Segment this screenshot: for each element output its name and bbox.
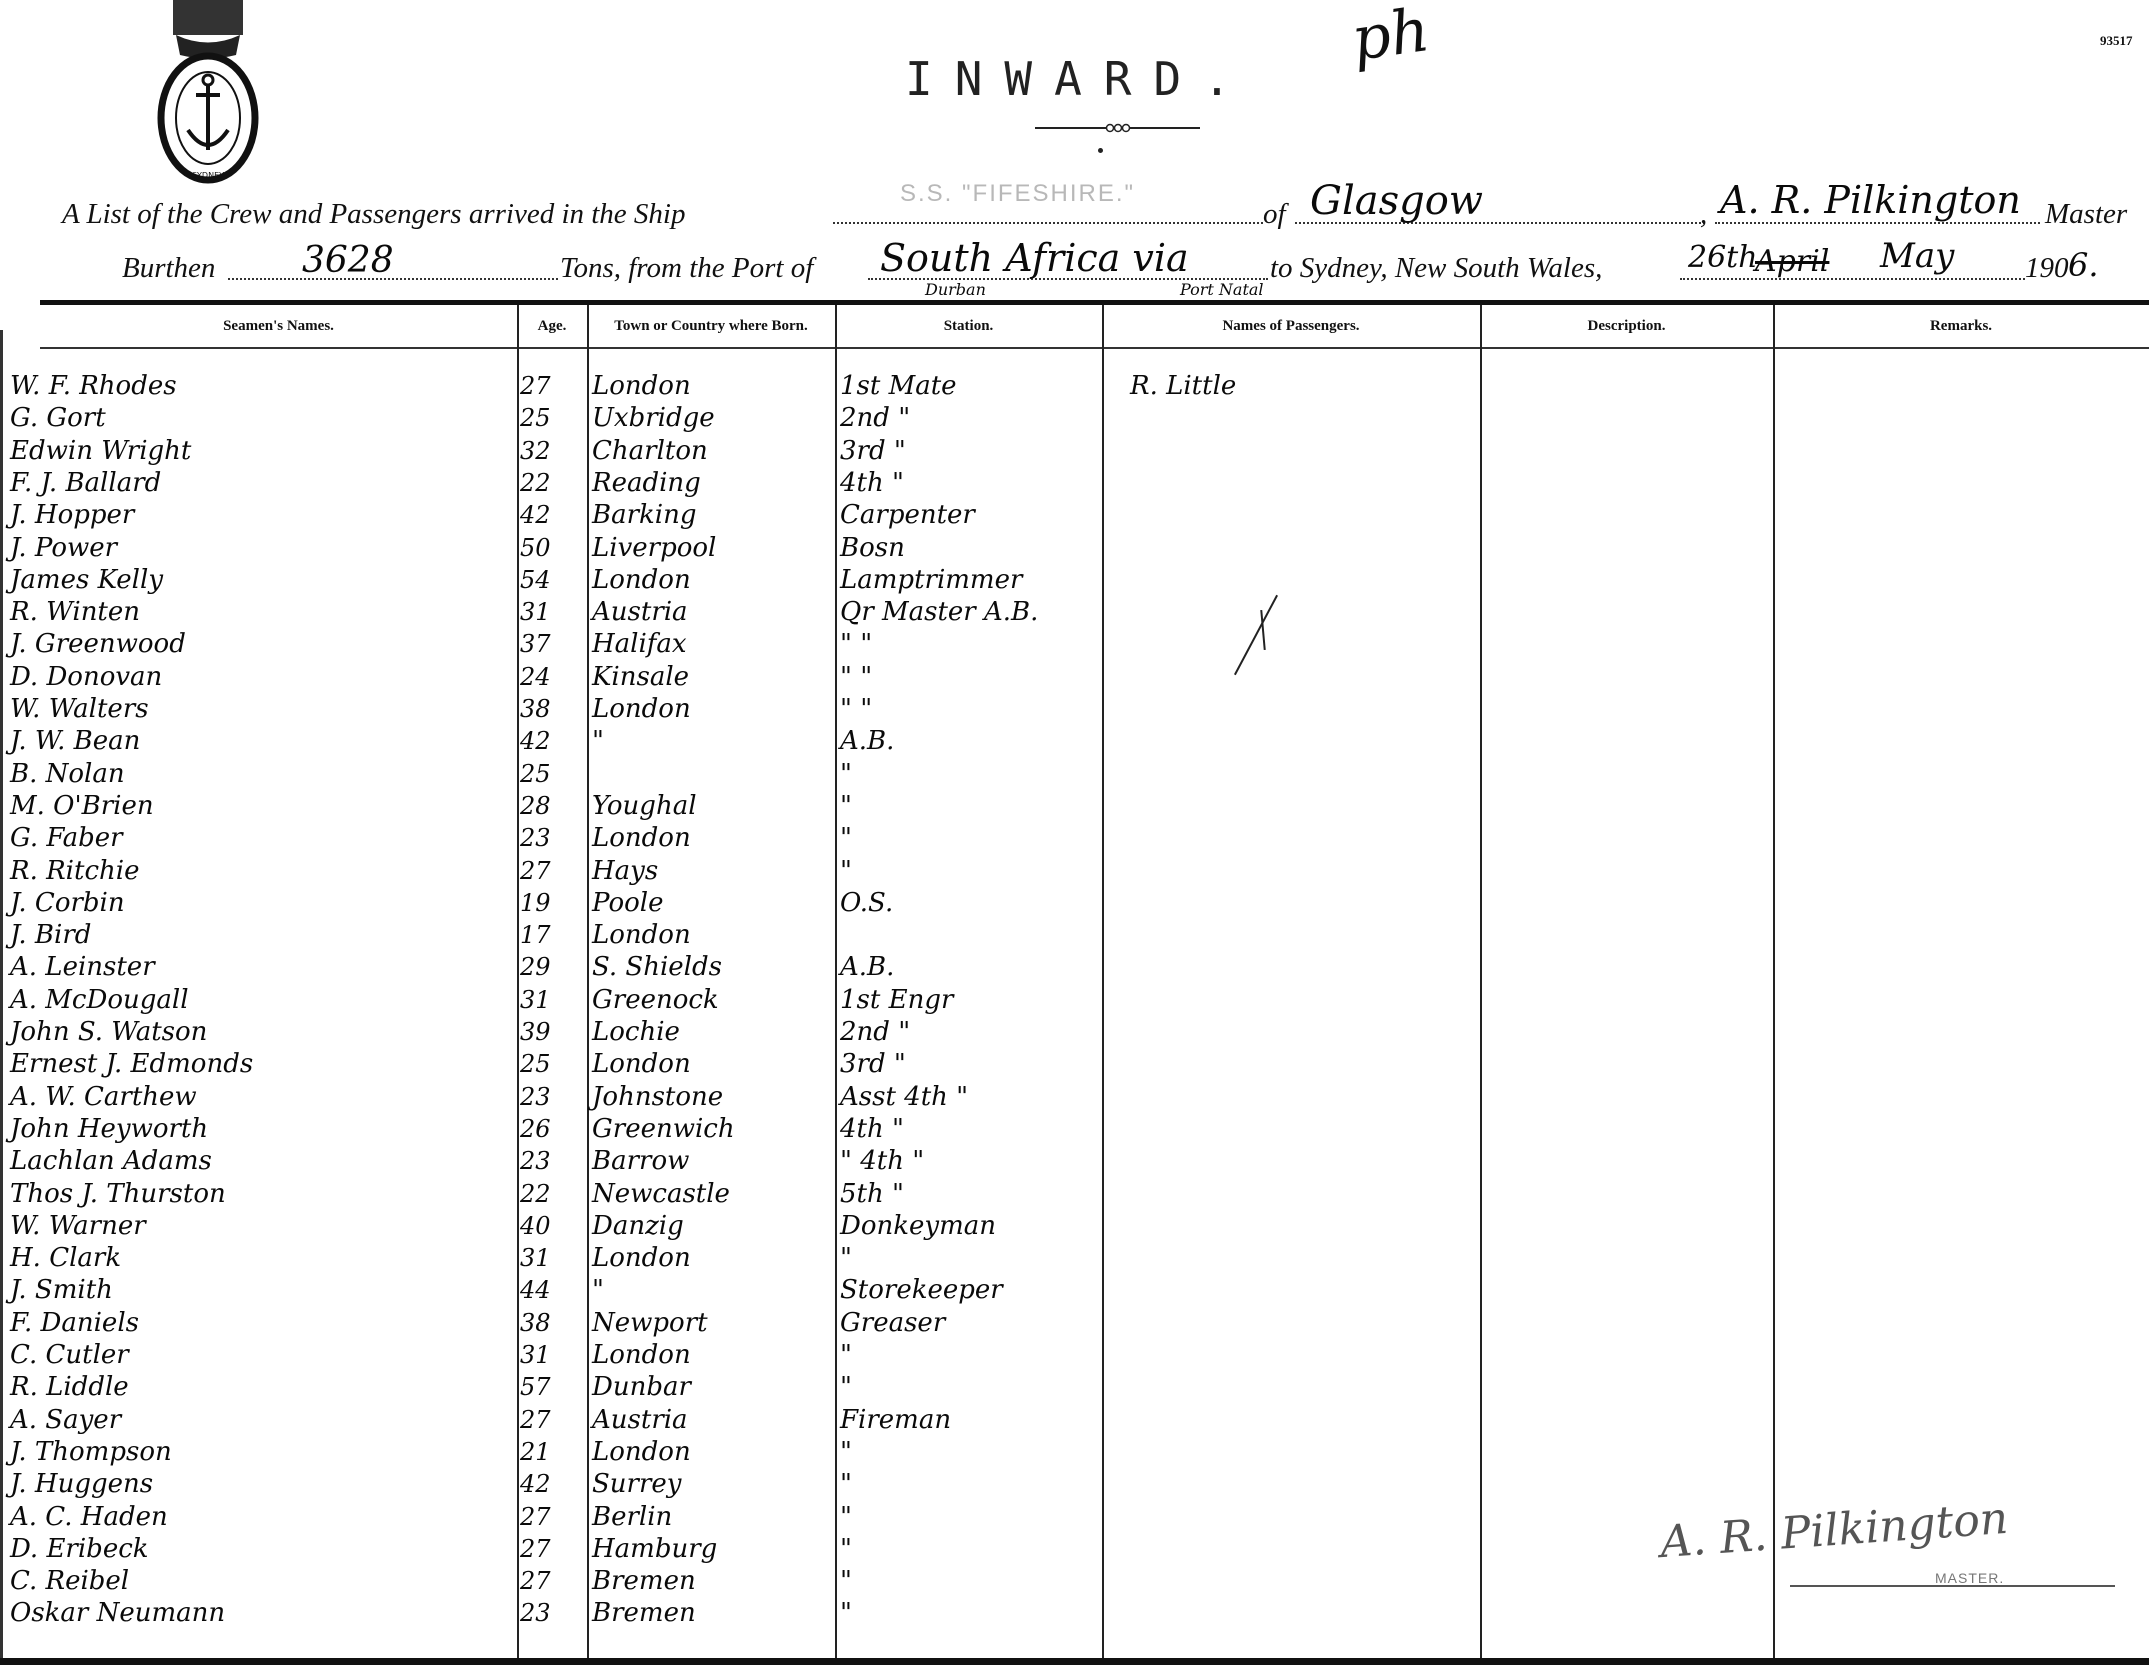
table-row: G. Faber23London" [0,822,2149,854]
seaman-name: J. W. Bean [10,725,510,757]
passenger-name [1130,693,1470,725]
seaman-name: Lachlan Adams [10,1145,510,1177]
birthplace: London [592,1339,832,1371]
seaman-name: W. Warner [10,1210,510,1242]
birthplace: Barking [592,499,832,531]
table-row: A. W. Carthew23JohnstoneAsst 4th " [0,1081,2149,1113]
date-month-struck: April [1755,244,1829,279]
birthplace: Youghal [592,790,832,822]
ornament-divider-icon [1035,120,1200,136]
birthplace: London [592,564,832,596]
birthplace: " [592,725,832,757]
comma: , [1700,198,1707,231]
table-row: R. Liddle57Dunbar" [0,1371,2149,1403]
birthplace: Bremen [592,1565,832,1597]
birthplace: Greenwich [592,1113,832,1145]
age: 27 [520,370,582,402]
birthplace: Barrow [592,1145,832,1177]
passenger-name [1130,1565,1470,1597]
birthplace: London [592,693,832,725]
passenger-name [1130,1501,1470,1533]
birthplace [592,758,832,790]
passenger-name [1130,984,1470,1016]
passenger-name [1130,467,1470,499]
seaman-name: R. Liddle [10,1371,510,1403]
column-header-description: Description. [1480,318,1773,335]
birthplace: Reading [592,467,832,499]
age: 31 [520,1242,582,1274]
birthplace: Hays [592,855,832,887]
passenger-name [1130,1404,1470,1436]
birthplace: London [592,1048,832,1080]
age: 44 [520,1274,582,1306]
master-name-field [1715,222,2040,224]
year-suffix: 6. [2068,246,2099,284]
table-row: J. Huggens42Surrey" [0,1468,2149,1500]
station: Lamptrimmer [840,564,1100,596]
table-row: A. McDougall31Greenock1st Engr [0,984,2149,1016]
seaman-name: Oskar Neumann [10,1597,510,1629]
birthplace: London [592,1436,832,1468]
birthplace: Bremen [592,1597,832,1629]
age: 25 [520,1048,582,1080]
age: 37 [520,628,582,660]
master-label: Master [2045,198,2127,231]
seaman-name: J. Hopper [10,499,510,531]
list-intro-label: A List of the Crew and Passengers arrive… [62,198,686,231]
birthplace: Berlin [592,1501,832,1533]
age: 31 [520,1339,582,1371]
seaman-name: A. Leinster [10,951,510,983]
station: " [840,1371,1100,1403]
age: 24 [520,661,582,693]
birthplace: Austria [592,596,832,628]
table-row: J. Greenwood37Halifax" " [0,628,2149,660]
port-of-registry-value: Glasgow [1310,178,1483,224]
seaman-name: J. Huggens [10,1468,510,1500]
passenger-name [1130,1468,1470,1500]
table-row: Ernest J. Edmonds25London3rd " [0,1048,2149,1080]
station: Bosn [840,532,1100,564]
station: Donkeyman [840,1210,1100,1242]
header-top-rule [40,300,2149,305]
passenger-name [1130,822,1470,854]
birthplace: Hamburg [592,1533,832,1565]
column-header-station: Station. [835,318,1102,335]
table-row: J. Corbin19PooleO.S. [0,887,2149,919]
age: 23 [520,822,582,854]
passenger-name [1130,1113,1470,1145]
seaman-name: J. Thompson [10,1436,510,1468]
birthplace: Liverpool [592,532,832,564]
age: 23 [520,1081,582,1113]
age: 32 [520,435,582,467]
age: 27 [520,1565,582,1597]
table-row: B. Nolan25" [0,758,2149,790]
age: 42 [520,499,582,531]
date-month-value: May [1880,236,1954,276]
passenger-name [1130,1597,1470,1629]
birthplace: Charlton [592,435,832,467]
seaman-name: R. Ritchie [10,855,510,887]
station: A.B. [840,951,1100,983]
seaman-name: J. Smith [10,1274,510,1306]
master-name-value: A. R. Pilkington [1720,178,2021,222]
table-row: A. Sayer27AustriaFireman [0,1404,2149,1436]
station: O.S. [840,887,1100,919]
birthplace: Kinsale [592,661,832,693]
of-label: of [1263,198,1286,231]
signature-label: MASTER. [1935,1570,2004,1586]
age: 42 [520,725,582,757]
birthplace: Danzig [592,1210,832,1242]
station: 4th " [840,1113,1100,1145]
passenger-name: R. Little [1130,370,1470,402]
seaman-name: H. Clark [10,1242,510,1274]
birthplace: " [592,1274,832,1306]
table-row: J. Power50LiverpoolBosn [0,532,2149,564]
seaman-name: A. C. Haden [10,1501,510,1533]
passenger-name [1130,499,1470,531]
age: 17 [520,919,582,951]
passenger-name [1130,758,1470,790]
seaman-name: A. McDougall [10,984,510,1016]
seaman-name: B. Nolan [10,758,510,790]
table-row: W. F. Rhodes27London1st MateR. Little [0,370,2149,402]
birthplace: Surrey [592,1468,832,1500]
seaman-name: C. Cutler [10,1339,510,1371]
age: 38 [520,693,582,725]
birthplace: Newcastle [592,1178,832,1210]
age: 21 [520,1436,582,1468]
age: 57 [520,1371,582,1403]
column-header-seamens-names: Seamen's Names. [40,318,517,335]
table-row: J. W. Bean42"A.B. [0,725,2149,757]
age: 25 [520,402,582,434]
passenger-name [1130,435,1470,467]
station: " " [840,693,1100,725]
passenger-name [1130,628,1470,660]
page-bottom-edge [0,1658,2149,1665]
table-row: G. Gort25Uxbridge2nd " [0,402,2149,434]
passenger-name [1130,1242,1470,1274]
table-row: Edwin Wright32Charlton3rd " [0,435,2149,467]
birthplace: Greenock [592,984,832,1016]
shipping-masters-department-emblem-icon: SYDNEY [148,0,268,185]
seaman-name: J. Bird [10,919,510,951]
passenger-name [1130,919,1470,951]
station: " [840,1597,1100,1629]
seaman-name: John Heyworth [10,1113,510,1145]
table-row: John Heyworth26Greenwich4th " [0,1113,2149,1145]
seaman-name: W. F. Rhodes [10,370,510,402]
passenger-name [1130,532,1470,564]
tons-from-port-label: Tons, from the Port of [560,252,813,285]
station: 1st Mate [840,370,1100,402]
from-port-note-durban: Durban [925,280,986,299]
table-row: M. O'Brien28Youghal" [0,790,2149,822]
age: 54 [520,564,582,596]
title-annotation: ph [1348,0,1434,75]
station: 2nd " [840,402,1100,434]
age: 31 [520,984,582,1016]
age: 50 [520,532,582,564]
station: 3rd " [840,435,1100,467]
station: " 4th " [840,1145,1100,1177]
birthplace: Halifax [592,628,832,660]
age: 23 [520,1145,582,1177]
station: " [840,1533,1100,1565]
svg-text:SYDNEY: SYDNEY [192,171,224,180]
table-row: R. Winten31AustriaQr Master A.B. [0,596,2149,628]
seaman-name: D. Eribeck [10,1533,510,1565]
seaman-name: John S. Watson [10,1016,510,1048]
column-header-remarks: Remarks. [1773,318,2149,335]
passenger-name [1130,402,1470,434]
birthplace: Austria [592,1404,832,1436]
passenger-name [1130,1016,1470,1048]
table-row: J. Bird17London [0,919,2149,951]
passenger-name [1130,564,1470,596]
station: " [840,1565,1100,1597]
age: 42 [520,1468,582,1500]
burthen-label: Burthen [122,252,215,285]
age: 26 [520,1113,582,1145]
passenger-name [1130,1145,1470,1177]
station: " [840,1242,1100,1274]
seaman-name: A. Sayer [10,1404,510,1436]
table-row: D. Donovan24Kinsale" " [0,661,2149,693]
table-row: F. Daniels38NewportGreaser [0,1307,2149,1339]
birthplace: Newport [592,1307,832,1339]
station: " [840,758,1100,790]
table-row: John S. Watson39Lochie2nd " [0,1016,2149,1048]
seaman-name: G. Gort [10,402,510,434]
passenger-name [1130,1081,1470,1113]
seaman-name: J. Power [10,532,510,564]
table-row: J. Hopper42BarkingCarpenter [0,499,2149,531]
station: " [840,1436,1100,1468]
ship-name-field [833,222,1263,224]
age: 19 [520,887,582,919]
passenger-name [1130,1436,1470,1468]
seaman-name: F. Daniels [10,1307,510,1339]
seaman-name: Edwin Wright [10,435,510,467]
age: 27 [520,1404,582,1436]
table-row: Lachlan Adams23Barrow" 4th " [0,1145,2149,1177]
birthplace: Uxbridge [592,402,832,434]
seaman-name: D. Donovan [10,661,510,693]
seaman-name: F. J. Ballard [10,467,510,499]
station: Qr Master A.B. [840,596,1100,628]
station: Fireman [840,1404,1100,1436]
table-row: R. Ritchie27Hays" [0,855,2149,887]
station: 3rd " [840,1048,1100,1080]
seaman-name: Thos J. Thurston [10,1178,510,1210]
station: " [840,1339,1100,1371]
station: Carpenter [840,499,1100,531]
age: 27 [520,855,582,887]
column-header-born: Town or Country where Born. [587,318,835,335]
date-field [1680,278,2025,280]
seaman-name: G. Faber [10,822,510,854]
passenger-name [1130,725,1470,757]
age: 22 [520,1178,582,1210]
page-title: INWARD. [905,52,1253,106]
station: 2nd " [840,1016,1100,1048]
passenger-name [1130,596,1470,628]
table-row: A. Leinster29S. ShieldsA.B. [0,951,2149,983]
seaman-name: A. W. Carthew [10,1081,510,1113]
seaman-name: M. O'Brien [10,790,510,822]
table-row: J. Smith44"Storekeeper [0,1274,2149,1306]
station: A.B. [840,725,1100,757]
table-row: C. Cutler31London" [0,1339,2149,1371]
station: Storekeeper [840,1274,1100,1306]
station: " [840,790,1100,822]
column-header-age: Age. [517,318,587,335]
seaman-name: J. Greenwood [10,628,510,660]
station: " [840,1468,1100,1500]
birthplace: London [592,919,832,951]
column-header-passengers: Names of Passengers. [1102,318,1480,335]
seaman-name: James Kelly [10,564,510,596]
age: 29 [520,951,582,983]
age: 23 [520,1597,582,1629]
age: 31 [520,596,582,628]
seaman-name: W. Walters [10,693,510,725]
ship-name-stamp: S.S. "FIFESHIRE." [900,180,1135,208]
passenger-name [1130,1533,1470,1565]
birthplace: London [592,1242,832,1274]
table-row: W. Warner40DanzigDonkeyman [0,1210,2149,1242]
passenger-name [1130,790,1470,822]
from-port-note-port-natal: Port Natal [1180,280,1264,299]
birthplace: Johnstone [592,1081,832,1113]
table-row: H. Clark31London" [0,1242,2149,1274]
age: 25 [520,758,582,790]
age: 39 [520,1016,582,1048]
birthplace: London [592,370,832,402]
age: 27 [520,1533,582,1565]
passenger-name [1130,1048,1470,1080]
table-row: F. J. Ballard22Reading4th " [0,467,2149,499]
date-day-value: 26th [1688,240,1758,275]
seaman-name: C. Reibel [10,1565,510,1597]
passenger-name [1130,1371,1470,1403]
station: " [840,822,1100,854]
station [840,919,1100,951]
passenger-name [1130,855,1470,887]
passenger-name [1130,887,1470,919]
table-row: J. Thompson21London" [0,1436,2149,1468]
station: Greaser [840,1307,1100,1339]
station: 1st Engr [840,984,1100,1016]
age: 28 [520,790,582,822]
birthplace: Dunbar [592,1371,832,1403]
passenger-name [1130,1307,1470,1339]
passenger-name [1130,1178,1470,1210]
seaman-name: Ernest J. Edmonds [10,1048,510,1080]
table-row: Thos J. Thurston22Newcastle5th " [0,1178,2149,1210]
table-row: Oskar Neumann23Bremen" [0,1597,2149,1629]
seaman-name: R. Winten [10,596,510,628]
age: 38 [520,1307,582,1339]
station: " [840,1501,1100,1533]
ornament-dot [1098,148,1103,153]
form-number: 93517 [2100,33,2133,49]
table-row: James Kelly54LondonLamptrimmer [0,564,2149,596]
from-port-value: South Africa via [880,236,1189,280]
passenger-name [1130,1339,1470,1371]
age: 22 [520,467,582,499]
passenger-name [1130,951,1470,983]
station: 4th " [840,467,1100,499]
burthen-value: 3628 [302,240,394,281]
birthplace: S. Shields [592,951,832,983]
birthplace: Poole [592,887,832,919]
station: Asst 4th " [840,1081,1100,1113]
table-row: W. Walters38London" " [0,693,2149,725]
station: " " [840,661,1100,693]
age: 27 [520,1501,582,1533]
passenger-name [1130,1210,1470,1242]
table-row: C. Reibel27Bremen" [0,1565,2149,1597]
year-prefix: 190 [2025,252,2069,285]
station: " [840,855,1100,887]
passenger-name [1130,661,1470,693]
station: " " [840,628,1100,660]
birthplace: London [592,822,832,854]
seaman-name: J. Corbin [10,887,510,919]
passenger-name [1130,1274,1470,1306]
station: 5th " [840,1178,1100,1210]
header-bottom-rule [40,347,2149,349]
age: 40 [520,1210,582,1242]
birthplace: Lochie [592,1016,832,1048]
to-sydney-label: to Sydney, New South Wales, [1270,252,1602,285]
